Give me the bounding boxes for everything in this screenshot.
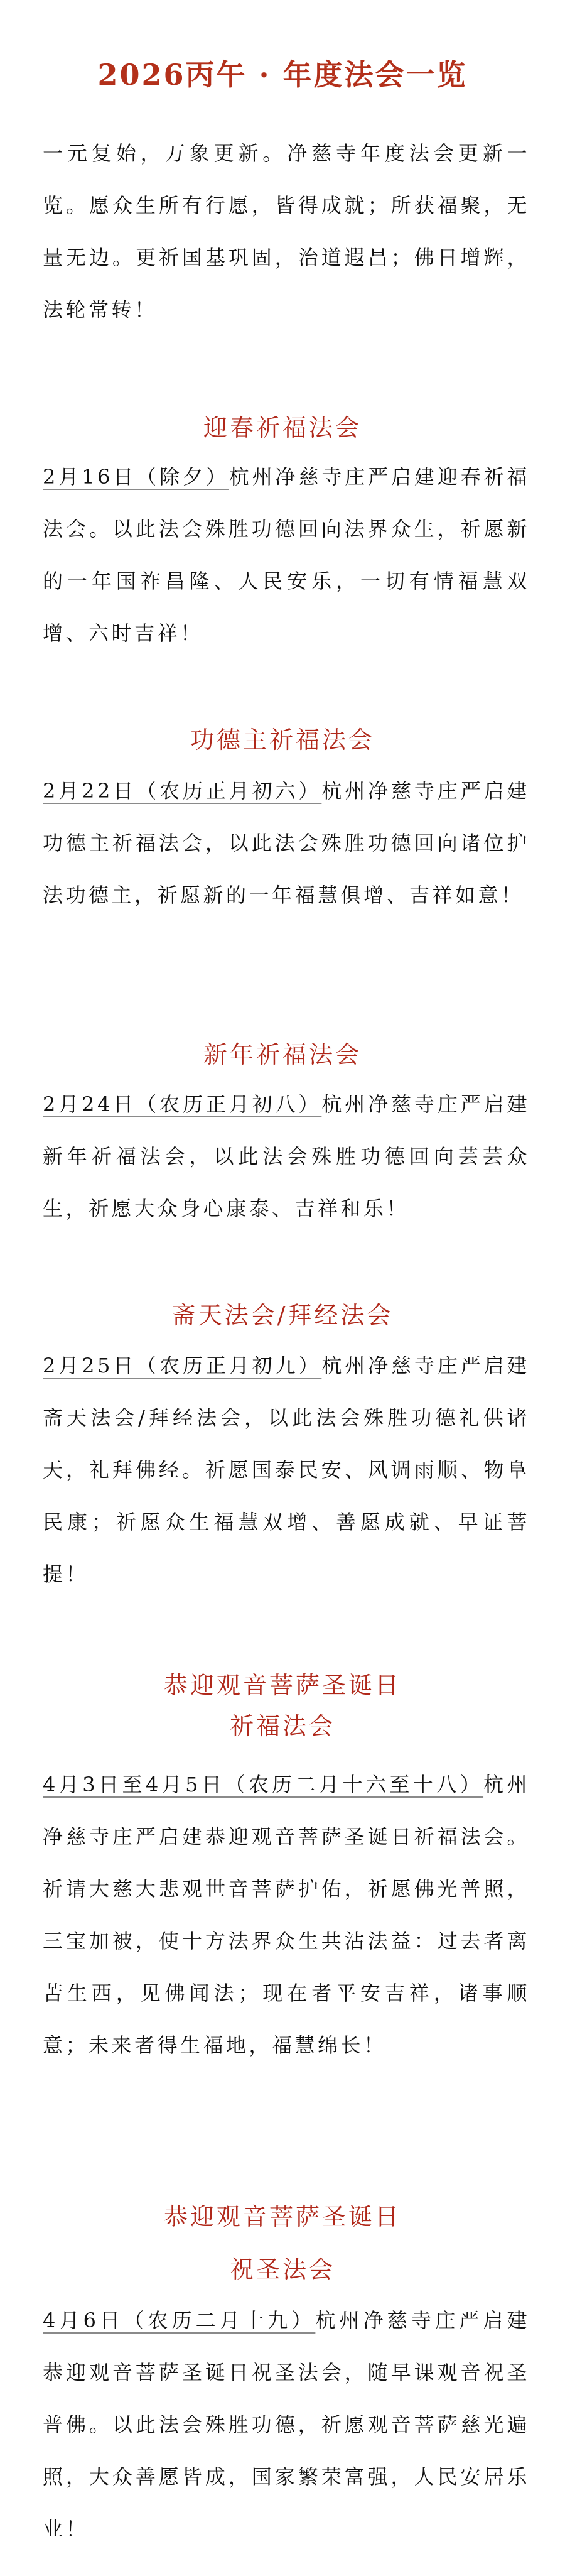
- event-heading: 功德主祈福法会: [0, 713, 565, 767]
- event-description: 2月16日（除夕）杭州净慈寺庄严启建迎春祈福法会。以此法会殊胜功德回向法界众生，…: [43, 451, 530, 660]
- event-body: 杭州净慈寺庄严启建斋天法会/拜经法会，以此法会殊胜功德礼供诸天，礼拜佛经。祈愿国…: [43, 1354, 530, 1586]
- event-date: 4月3日至4月5日（农历二月十六至十八）: [43, 1773, 483, 1796]
- event-description: 4月6日（农历二月十九）杭州净慈寺庄严启建恭迎观音菩萨圣诞日祝圣法会，随早课观音…: [43, 2295, 530, 2555]
- event-heading-line-1: 恭迎观音菩萨圣诞日: [0, 2190, 565, 2244]
- event-description: 2月25日（农历正月初九）杭州净慈寺庄严启建斋天法会/拜经法会，以此法会殊胜功德…: [43, 1340, 530, 1600]
- page-title: 2026丙午 · 年度法会一览: [0, 56, 565, 94]
- event-heading-line-2: 祈福法会: [0, 1699, 565, 1753]
- event-description: 2月24日（农历正月初八）杭州净慈寺庄严启建新年祈福法会，以此法会殊胜功德回向芸…: [43, 1079, 530, 1235]
- event-date: 2月24日（农历正月初八）: [43, 1092, 321, 1116]
- event-heading: 迎春祈福法会: [0, 401, 565, 455]
- event-date: 4月6日（农历二月十九）: [43, 2308, 315, 2332]
- event-date: 2月16日（除夕）: [43, 465, 229, 489]
- event-heading: 新年祈福法会: [0, 1028, 565, 1082]
- event-heading-line-2: 祝圣法会: [0, 2242, 565, 2296]
- event-body: 杭州净慈寺庄严启建迎春祈福法会。以此法会殊胜功德回向法界众生，祈愿新的一年国祚昌…: [43, 465, 530, 645]
- event-body: 杭州净慈寺庄严启建恭迎观音菩萨圣诞日祝圣法会，随早课观音祝圣普佛。以此法会殊胜功…: [43, 2308, 530, 2541]
- event-date: 2月22日（农历正月初六）: [43, 779, 321, 803]
- event-body: 杭州净慈寺庄严启建恭迎观音菩萨圣诞日祈福法会。祈请大慈大悲观世音菩萨护佑，祈愿佛…: [43, 1773, 530, 2057]
- event-heading: 斋天法会/拜经法会: [0, 1288, 565, 1342]
- event-description: 2月22日（农历正月初六）杭州净慈寺庄严启建功德主祈福法会，以此法会殊胜功德回向…: [43, 765, 530, 921]
- event-date: 2月25日（农历正月初九）: [43, 1354, 321, 1378]
- intro-paragraph: 一元复始，万象更新。净慈寺年度法会更新一览。愿众生所有行愿，皆得成就；所获福聚，…: [43, 128, 530, 336]
- event-description: 4月3日至4月5日（农历二月十六至十八）杭州净慈寺庄严启建恭迎观音菩萨圣诞日祈福…: [43, 1759, 530, 2072]
